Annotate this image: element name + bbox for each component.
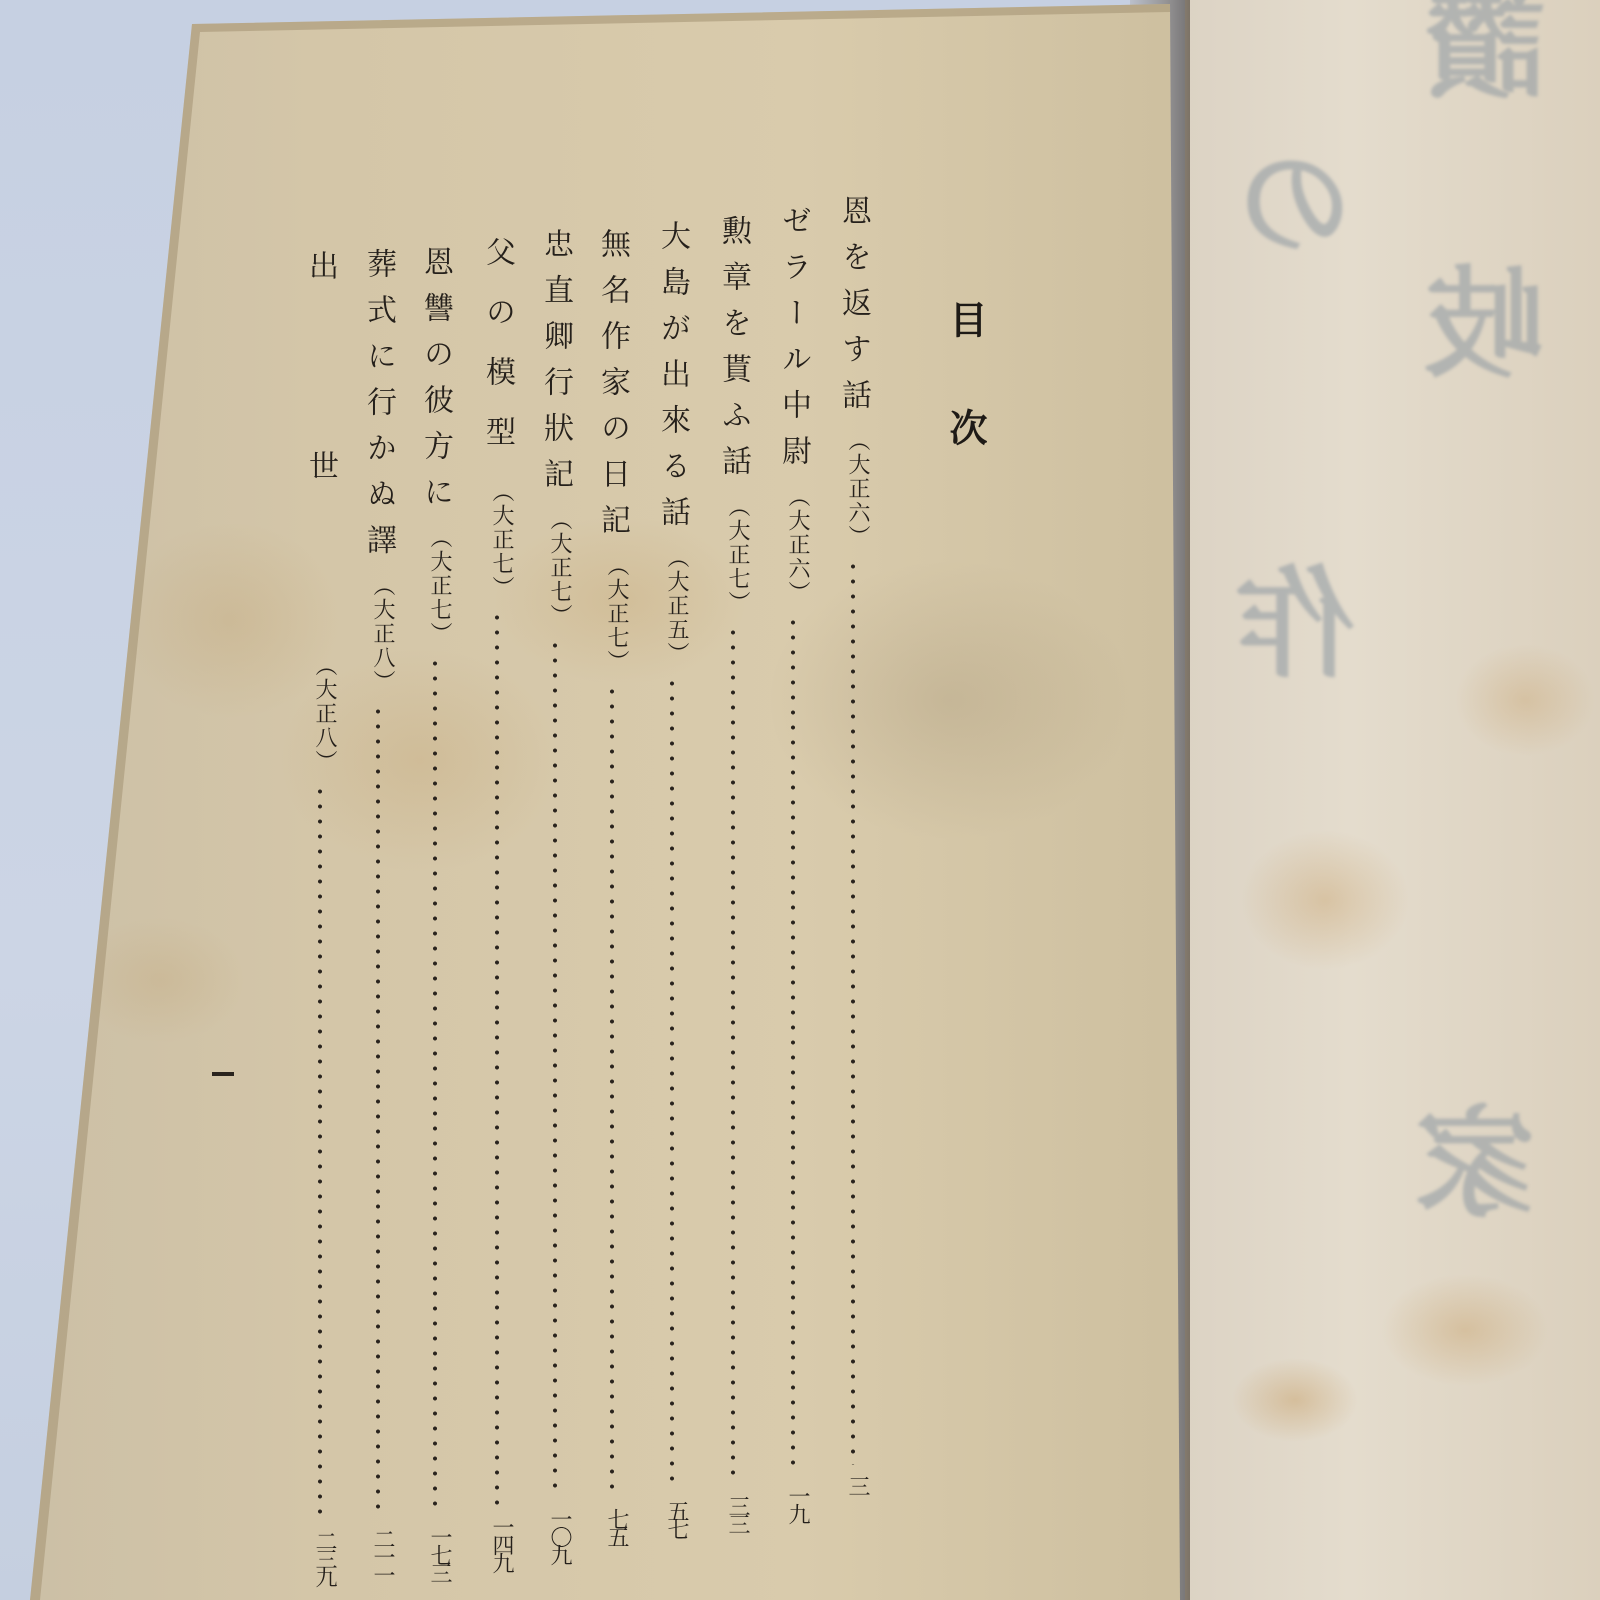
bleed-through-glyph: 岐 — [1435, 260, 1555, 400]
toc-heading: 目次 — [938, 300, 993, 516]
toc-entry: 恩を返す話 （大正六） 三 — [838, 195, 868, 1535]
toc-entry: 大島が出來る話 （大正五） 五七 — [657, 220, 687, 1560]
toc-entry-title: 勲章を貰ふ話 — [718, 215, 748, 491]
toc-entry-era: （大正八） — [363, 574, 393, 694]
bleed-through-glyph: 讃 — [1435, 0, 1555, 120]
toc-entry-page: 二三九 — [305, 1530, 335, 1590]
toc-entry-era: （大正七） — [540, 508, 570, 628]
bleed-through-glyph: の — [1245, 140, 1365, 280]
dot-leader — [552, 638, 558, 1498]
toc-entry-era: （大正八） — [305, 654, 335, 774]
toc-entry: 忠直卿行狀記 （大正七） 一〇九 — [540, 228, 570, 1568]
toc-entry-era: （大正七） — [597, 554, 627, 674]
toc-entry: 父の模型 （大正七） 一四九 — [482, 236, 512, 1576]
bleed-through-glyph: 家 — [1425, 1100, 1545, 1240]
dot-leader — [730, 625, 736, 1485]
toc-entry-page: 二一一 — [363, 1528, 393, 1588]
toc-entry-era: （大正七） — [482, 480, 512, 600]
bleed-through-glyph: 作 — [1245, 560, 1365, 700]
toc-entry-era: （大正六） — [778, 485, 808, 605]
toc-entry-era: （大正七） — [420, 526, 450, 646]
toc-entry-page: 一〇九 — [540, 1508, 570, 1568]
toc-entry-page: 七五 — [597, 1508, 627, 1568]
toc-entry-title: 父の模型 — [482, 236, 512, 476]
dot-leader — [375, 704, 381, 1518]
dot-leader — [669, 676, 675, 1490]
toc-entry-title: 大島が出來る話 — [657, 220, 687, 542]
toc-entry-era: （大正六） — [838, 429, 868, 549]
toc-entry-page: 一九 — [778, 1485, 808, 1545]
dot-leader — [494, 610, 500, 1506]
toc-entry-page: 三三 — [718, 1495, 748, 1555]
toc-entry: 勲章を貰ふ話 （大正七） 三三 — [718, 215, 748, 1555]
page-folio-number: 一 — [212, 1072, 234, 1076]
toc-entry-title: 出世 — [305, 250, 335, 650]
dot-leader — [317, 784, 323, 1520]
toc-entry-page: 一七三 — [420, 1526, 450, 1586]
toc-entry-page: 一四九 — [482, 1516, 512, 1576]
dot-leader — [609, 684, 615, 1498]
toc-entry-title: 無名作家の日記 — [597, 228, 627, 550]
dot-leader — [850, 559, 856, 1465]
toc-entry-page: 五七 — [657, 1500, 687, 1560]
toc-entry: 葬式に行かぬ譯 （大正八） 二一一 — [363, 248, 393, 1588]
toc-entry-title: ゼラール中尉 — [778, 205, 808, 481]
toc-entry-title: 忠直卿行狀記 — [540, 228, 570, 504]
toc-entry: 恩讐の彼方に （大正七） 一七三 — [420, 246, 450, 1586]
toc-entry-era: （大正五） — [657, 546, 687, 666]
toc-entry-title: 葬式に行かぬ譯 — [363, 248, 393, 570]
toc-entry-era: （大正七） — [718, 495, 748, 615]
dot-leader — [432, 656, 438, 1516]
right-page: 讃 岐 の 作 家 — [1185, 0, 1600, 1600]
dot-leader — [790, 615, 796, 1475]
toc-entry-title: 恩讐の彼方に — [420, 246, 450, 522]
toc-entry-title: 恩を返す話 — [838, 195, 868, 425]
toc-entry-page: 三 — [838, 1475, 868, 1535]
toc-entry: ゼラール中尉 （大正六） 一九 — [778, 205, 808, 1545]
toc-entry: 出世 （大正八） 二三九 — [305, 250, 335, 1590]
toc-entry: 無名作家の日記 （大正七） 七五 — [597, 228, 627, 1568]
